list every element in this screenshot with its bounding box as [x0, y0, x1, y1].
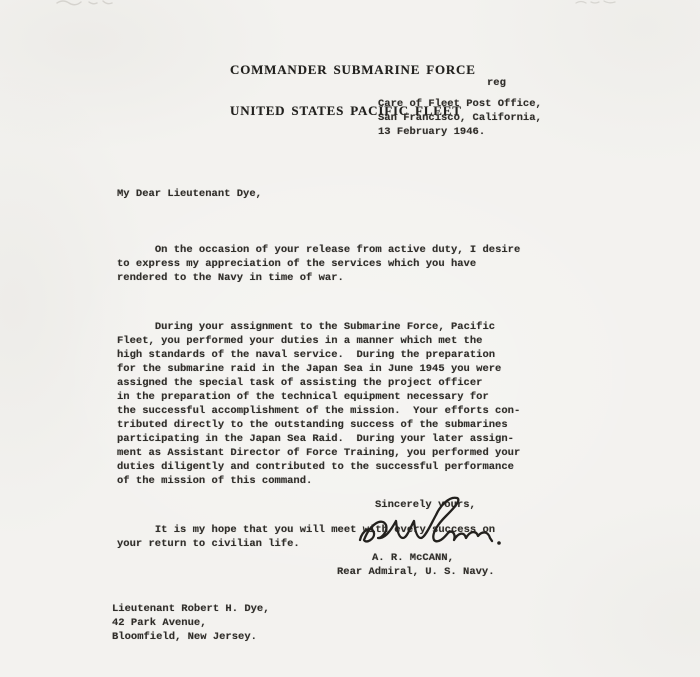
reg-annotation: reg [487, 76, 506, 90]
pencil-smudge-right-icon [575, 0, 617, 8]
signer-name: A. R. McCANN, [372, 551, 454, 565]
pencil-smudge-left-icon [55, 0, 115, 10]
paragraph-release-appreciation: On the occasion of your release from act… [117, 243, 529, 285]
return-address-block: Care of Fleet Post Office, San Francisco… [378, 97, 542, 139]
letterhead-command-line: COMMANDER SUBMARINE FORCE [230, 63, 476, 77]
recipient-address-block: Lieutenant Robert H. Dye, 42 Park Avenue… [112, 602, 270, 644]
paragraph-service-record: During your assignment to the Submarine … [117, 320, 529, 488]
signer-title: Rear Admiral, U. S. Navy. [337, 565, 495, 579]
salutation: My Dear Lieutenant Dye, [117, 187, 262, 201]
letter-page: COMMANDER SUBMARINE FORCE UNITED STATES … [0, 0, 700, 677]
handwritten-signature-icon [352, 494, 520, 558]
